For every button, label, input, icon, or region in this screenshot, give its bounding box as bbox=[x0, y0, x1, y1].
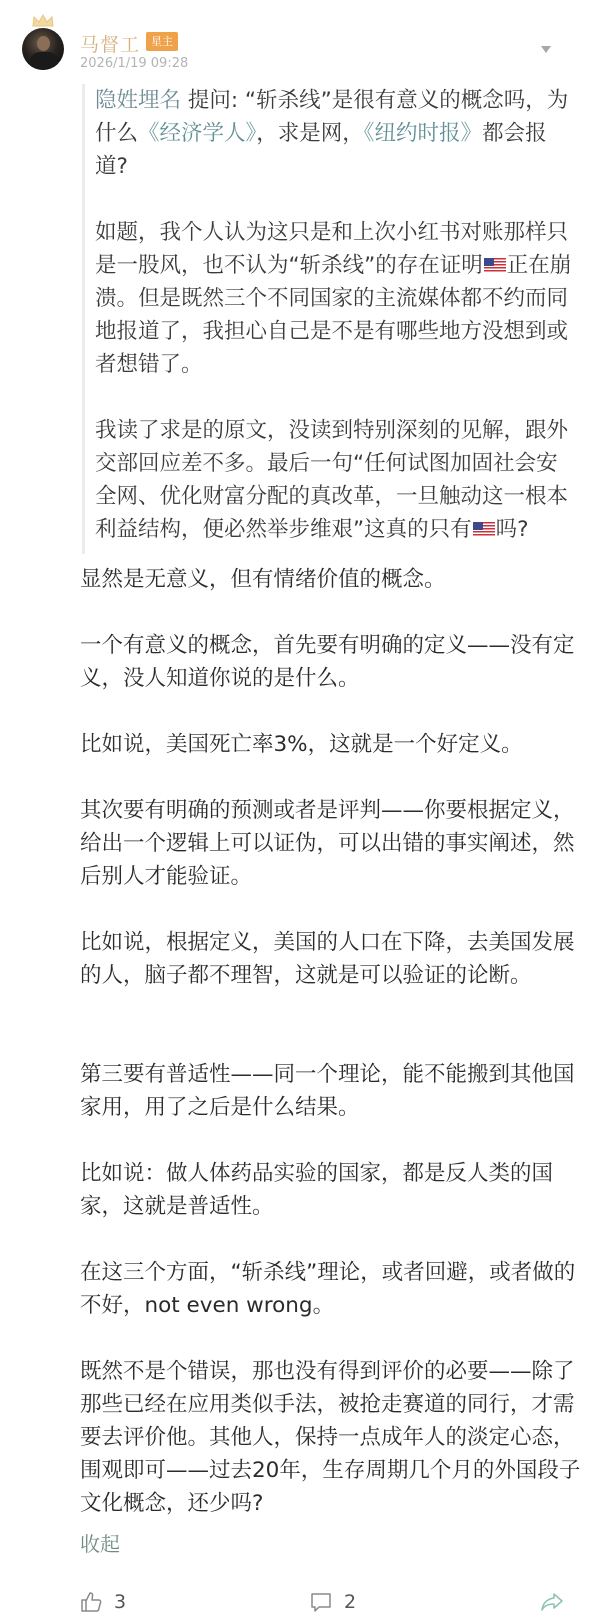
asker-name[interactable]: 隐姓埋名 bbox=[95, 88, 181, 113]
answer-paragraph: 一个有意义的概念，首先要有明确的定义——没有定义，没人知道你说的是什么。 bbox=[80, 629, 585, 695]
like-button[interactable]: 3 bbox=[80, 1582, 126, 1622]
crown-icon bbox=[32, 14, 54, 28]
share-button[interactable] bbox=[540, 1582, 564, 1622]
chevron-down-icon[interactable] bbox=[540, 44, 552, 54]
collapse-button[interactable]: 收起 bbox=[80, 1528, 120, 1557]
comment-button[interactable]: 2 bbox=[310, 1582, 356, 1622]
us-flag-icon bbox=[473, 522, 495, 537]
author-name[interactable]: 马督工 bbox=[80, 30, 140, 57]
link-nytimes[interactable]: 《纽约时报》 bbox=[364, 121, 482, 146]
answer-body: 显然是无意义，但有情绪价值的概念。 一个有意义的概念，首先要有明确的定义——没有… bbox=[80, 563, 585, 1520]
avatar-face bbox=[37, 36, 50, 51]
post-header: 马督工 星主 2026/1/19 09:28 bbox=[0, 0, 600, 80]
question-quote: 隐姓埋名 提问: “斩杀线”是很有意义的概念吗，为什么《经济学人》，求是网，《纽… bbox=[82, 84, 585, 554]
avatar-container[interactable] bbox=[20, 14, 66, 72]
answer-paragraph: 比如说，美国死亡率3%，这就是一个好定义。 bbox=[80, 728, 585, 761]
avatar-shirt bbox=[30, 52, 58, 70]
link-economist[interactable]: 《经济学人》 bbox=[138, 121, 256, 146]
us-flag-icon bbox=[484, 258, 506, 273]
action-bar: 3 2 bbox=[0, 1582, 600, 1622]
question-paragraph: 如题，我个人认为这只是和上次小红书对账那样只是一股风，也不认为“斩杀线”的存在证… bbox=[95, 216, 575, 381]
question-paragraph: 我读了求是的原文，没读到特别深刻的见解，跟外交部回应差不多。最后一句“任何试图加… bbox=[95, 414, 575, 546]
avatar[interactable] bbox=[22, 28, 64, 70]
comment-icon bbox=[310, 1591, 332, 1613]
answer-paragraph: 比如说：做人体药品实验的国家，都是反人类的国家，这就是普适性。 bbox=[80, 1157, 585, 1223]
answer-paragraph: 比如说，根据定义，美国的人口在下降，去美国发展的人，脑子都不理智，这就是可以验证… bbox=[80, 926, 585, 992]
thumbs-up-icon bbox=[80, 1591, 102, 1613]
answer-paragraph: 其次要有明确的预测或者是评判——你要根据定义，给出一个逻辑上可以证伪，可以出错的… bbox=[80, 794, 585, 893]
owner-badge: 星主 bbox=[146, 32, 178, 51]
comment-count: 2 bbox=[344, 1591, 356, 1613]
answer-paragraph: 在这三个方面，“斩杀线”理论，或者回避，或者做的不好，not even wron… bbox=[80, 1256, 585, 1322]
question-title: 隐姓埋名 提问: “斩杀线”是很有意义的概念吗，为什么《经济学人》，求是网，《纽… bbox=[95, 84, 575, 183]
answer-paragraph: 既然不是个错误，那也没有得到评价的必要——除了那些已经在应用类似手法，被抢走赛道… bbox=[80, 1355, 585, 1520]
answer-paragraph: 第三要有普适性——同一个理论，能不能搬到其他国家用，用了之后是什么结果。 bbox=[80, 1058, 585, 1124]
share-icon bbox=[540, 1591, 564, 1613]
like-count: 3 bbox=[114, 1591, 126, 1613]
answer-paragraph: 显然是无意义，但有情绪价值的概念。 bbox=[80, 563, 585, 596]
post-timestamp: 2026/1/19 09:28 bbox=[80, 56, 188, 71]
